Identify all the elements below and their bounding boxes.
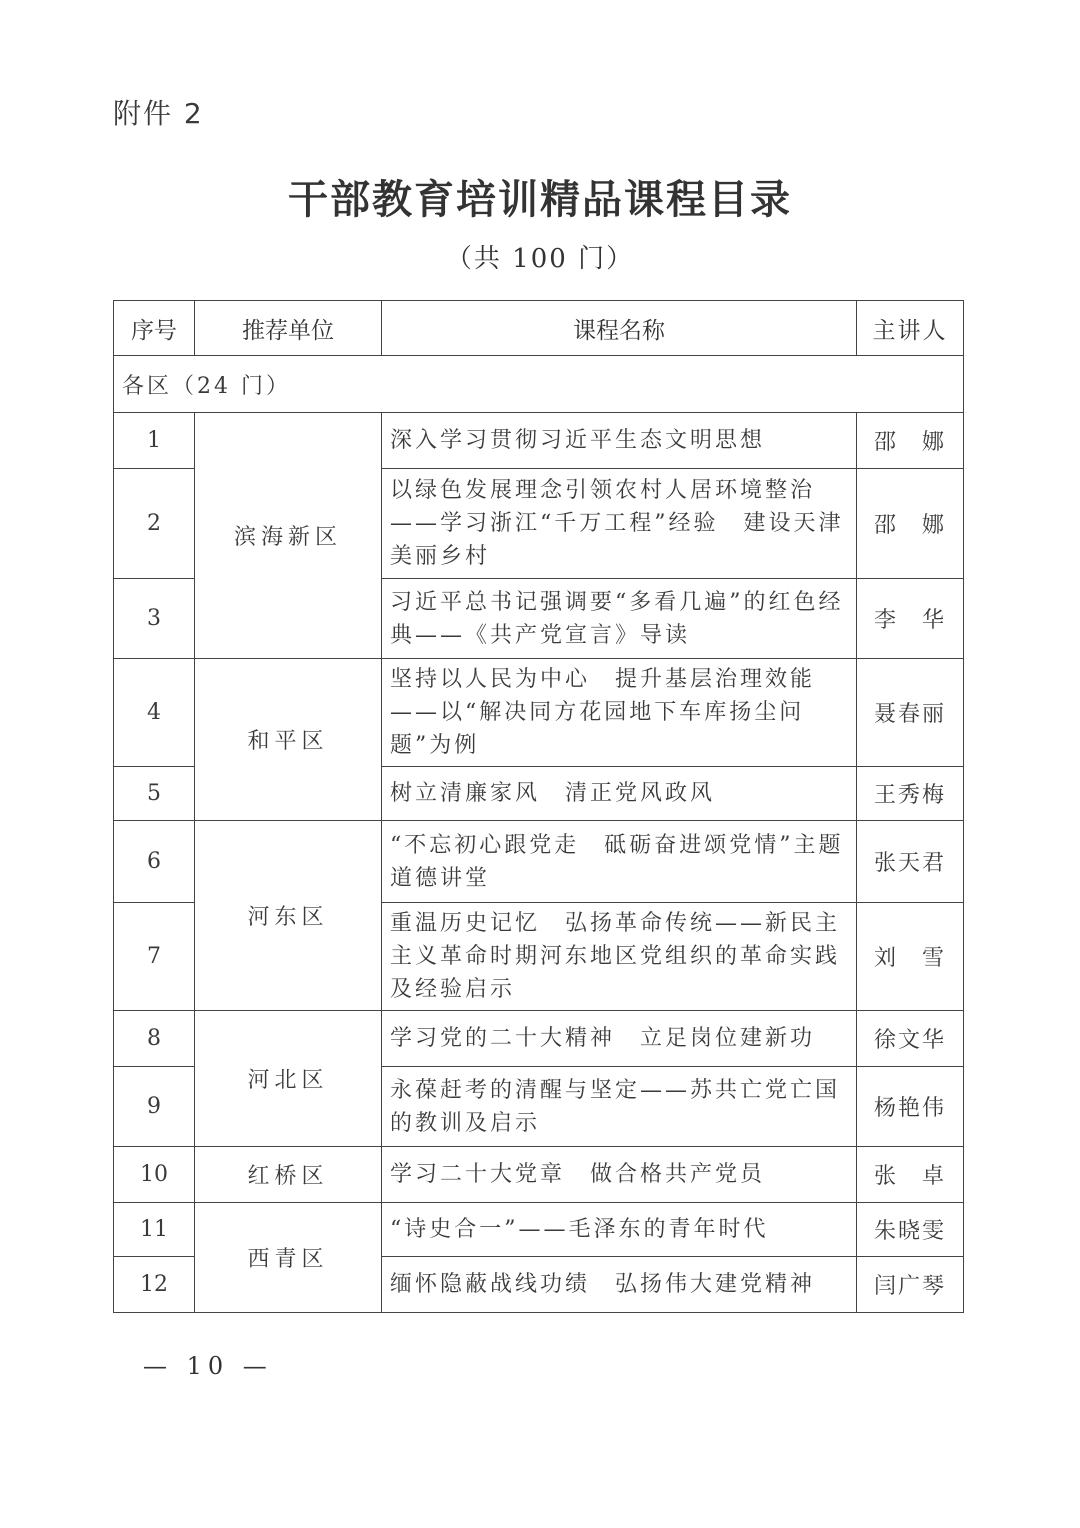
- row-unit: 红桥区: [195, 1147, 382, 1203]
- page-number: — 10 —: [143, 1352, 273, 1380]
- row-course: 以绿色发展理念引领农村人居环境整治——学习浙江“千万工程”经验 建设天津美丽乡村: [382, 469, 857, 579]
- header-course: 课程名称: [382, 301, 857, 356]
- row-no: 10: [114, 1147, 195, 1203]
- table-row: 8 河北区 学习党的二十大精神 立足岗位建新功 徐文华: [114, 1011, 964, 1067]
- row-course: 深入学习贯彻习近平生态文明思想: [382, 413, 857, 469]
- row-no: 2: [114, 469, 195, 579]
- table-row: 6 河东区 “不忘初心跟党走 砥砺奋进颂党情”主题道德讲堂 张天君: [114, 821, 964, 903]
- row-unit: 西青区: [195, 1203, 382, 1313]
- row-unit: 滨海新区: [195, 413, 382, 659]
- row-no: 3: [114, 579, 195, 659]
- row-speaker: 李 华: [857, 579, 964, 659]
- document-title: 干部教育培训精品课程目录: [0, 168, 1080, 225]
- row-speaker: 王秀梅: [857, 767, 964, 821]
- row-course: 坚持以人民为中心 提升基层治理效能——以“解决同方花园地下车库扬尘问题”为例: [382, 659, 857, 767]
- row-course: “不忘初心跟党走 砥砺奋进颂党情”主题道德讲堂: [382, 821, 857, 903]
- row-unit: 和平区: [195, 659, 382, 821]
- row-speaker: 张天君: [857, 821, 964, 903]
- course-catalog-table: 序号 推荐单位 课程名称 主讲人 各区（24 门） 1 滨海新区 深入学习贯彻习…: [113, 300, 964, 1313]
- row-speaker: 徐文华: [857, 1011, 964, 1067]
- table-row: 4 和平区 坚持以人民为中心 提升基层治理效能——以“解决同方花园地下车库扬尘问…: [114, 659, 964, 767]
- table-row: 1 滨海新区 深入学习贯彻习近平生态文明思想 邵 娜: [114, 413, 964, 469]
- row-speaker: 杨艳伟: [857, 1067, 964, 1147]
- row-no: 8: [114, 1011, 195, 1067]
- header-no: 序号: [114, 301, 195, 356]
- row-no: 11: [114, 1203, 195, 1257]
- row-course: 学习党的二十大精神 立足岗位建新功: [382, 1011, 857, 1067]
- row-course: 永葆赶考的清醒与坚定——苏共亡党亡国的教训及启示: [382, 1067, 857, 1147]
- row-no: 4: [114, 659, 195, 767]
- row-speaker: 闫广琴: [857, 1257, 964, 1313]
- attachment-label: 附件 2: [113, 92, 204, 132]
- row-course: “诗史合一”——毛泽东的青年时代: [382, 1203, 857, 1257]
- row-no: 12: [114, 1257, 195, 1313]
- row-course: 树立清廉家风 清正党风政风: [382, 767, 857, 821]
- row-no: 7: [114, 903, 195, 1011]
- row-course: 学习二十大党章 做合格共产党员: [382, 1147, 857, 1203]
- row-speaker: 邵 娜: [857, 413, 964, 469]
- table-header-row: 序号 推荐单位 课程名称 主讲人: [114, 301, 964, 356]
- table-row: 10 红桥区 学习二十大党章 做合格共产党员 张 卓: [114, 1147, 964, 1203]
- row-speaker: 邵 娜: [857, 469, 964, 579]
- row-no: 5: [114, 767, 195, 821]
- table-row: 11 西青区 “诗史合一”——毛泽东的青年时代 朱晓雯: [114, 1203, 964, 1257]
- row-course: 缅怀隐蔽战线功绩 弘扬伟大建党精神: [382, 1257, 857, 1313]
- header-unit: 推荐单位: [195, 301, 382, 356]
- row-no: 6: [114, 821, 195, 903]
- row-speaker: 刘 雪: [857, 903, 964, 1011]
- row-speaker: 聂春丽: [857, 659, 964, 767]
- row-unit: 河东区: [195, 821, 382, 1011]
- section-row: 各区（24 门）: [114, 356, 964, 413]
- row-no: 9: [114, 1067, 195, 1147]
- row-course: 习近平总书记强调要“多看几遍”的红色经典——《共产党宣言》导读: [382, 579, 857, 659]
- header-speaker: 主讲人: [857, 301, 964, 356]
- row-speaker: 张 卓: [857, 1147, 964, 1203]
- row-no: 1: [114, 413, 195, 469]
- row-course: 重温历史记忆 弘扬革命传统——新民主主义革命时期河东地区党组织的革命实践及经验启…: [382, 903, 857, 1011]
- row-unit: 河北区: [195, 1011, 382, 1147]
- section-label: 各区（24 门）: [114, 356, 964, 413]
- row-speaker: 朱晓雯: [857, 1203, 964, 1257]
- document-subtitle: （共 100 门）: [0, 238, 1080, 275]
